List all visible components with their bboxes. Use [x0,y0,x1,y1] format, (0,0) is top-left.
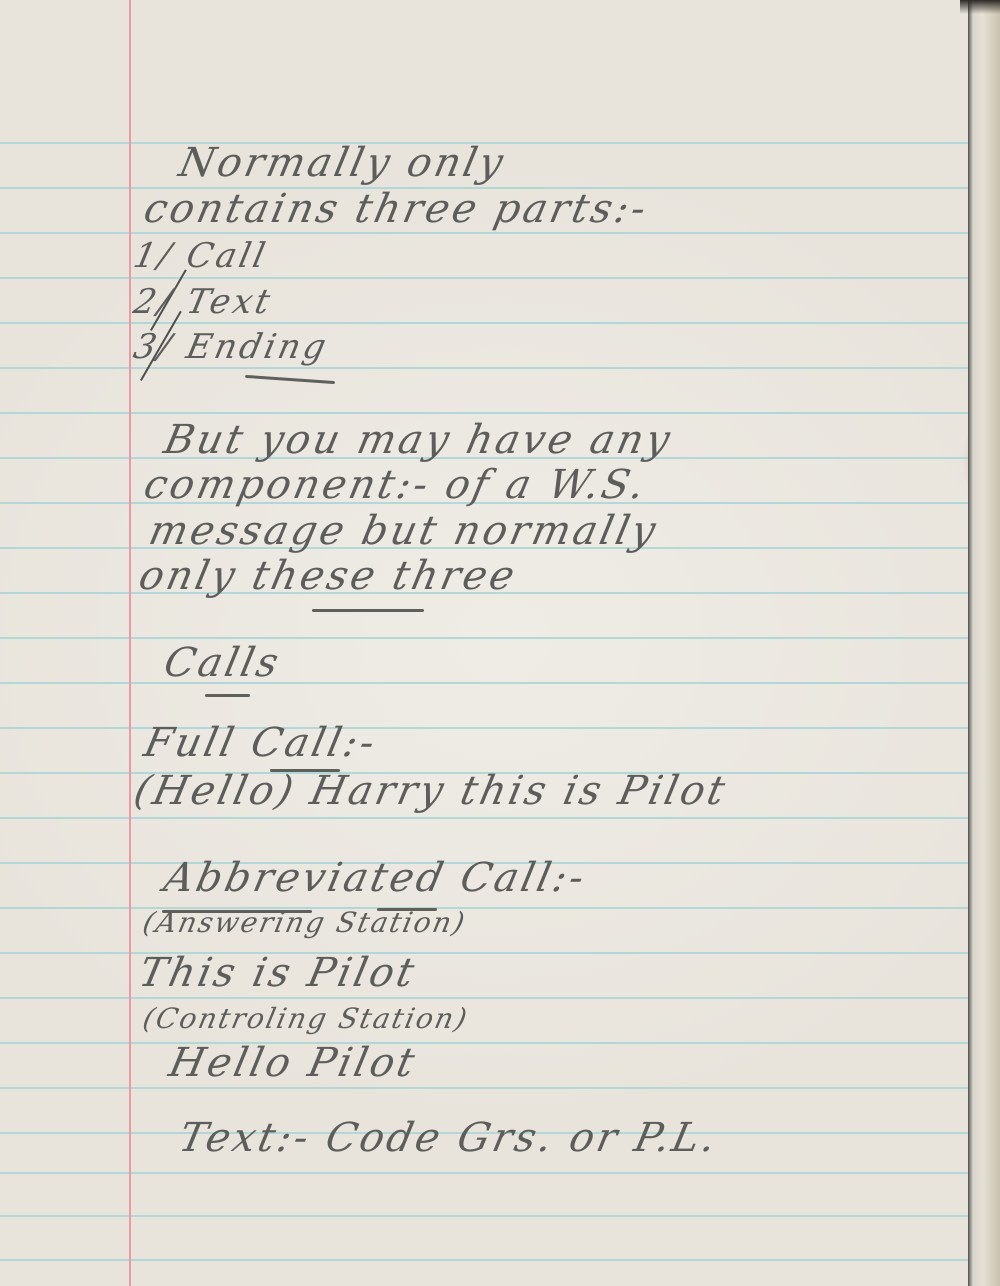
handwritten-line: contains three parts:- [140,186,653,232]
subheading-full-call: Full Call:- [140,720,382,766]
rule-line [0,232,968,234]
rule-line [0,1042,968,1044]
rule-line [0,1259,968,1261]
handwritten-line: Hello Pilot [165,1040,421,1086]
notebook-binding-edge [968,0,1000,1286]
handwritten-line: But you may have any [160,417,677,463]
rule-line [0,322,968,324]
rule-line [0,367,968,369]
rule-line [0,1087,968,1089]
list-item-text: 2/ Text [130,282,276,322]
notebook-page: Normally only contains three parts:- 1/ … [0,0,1000,1286]
rule-line [0,412,968,414]
rule-line [0,907,968,909]
handwritten-line: Normally only [175,140,510,186]
handwritten-line: (Hello) Harry this is Pilot [130,768,732,814]
rule-line [0,1172,968,1174]
list-item-ending: 3/ Ending [130,327,332,367]
double-underline [312,609,424,612]
handwritten-line: component:- of a W.S. [140,462,652,508]
rule-line [0,817,968,819]
margin-line [129,0,131,1286]
rule-line [0,997,968,999]
list-item-call: 1/ Call [130,236,271,276]
handwritten-line-text-code: Text:- Code Grs. or P.L. [175,1115,723,1161]
subheading-abbreviated-call: Abbreviated Call:- [160,855,591,901]
station-label-controlling: (Controling Station) [140,1002,472,1035]
rule-line [0,1215,968,1217]
handwritten-line: message but normally [145,508,662,554]
handwritten-line: only these three [135,553,521,599]
binding-shadow [960,0,1000,14]
handwritten-line: This is Pilot [135,950,421,996]
section-heading-calls: Calls [160,640,285,686]
rule-line [0,637,968,639]
rule-line [0,277,968,279]
station-label-answering: (Answering Station) [140,906,469,939]
underline [205,694,250,697]
rule-line [0,727,968,729]
rule-line [0,682,968,684]
